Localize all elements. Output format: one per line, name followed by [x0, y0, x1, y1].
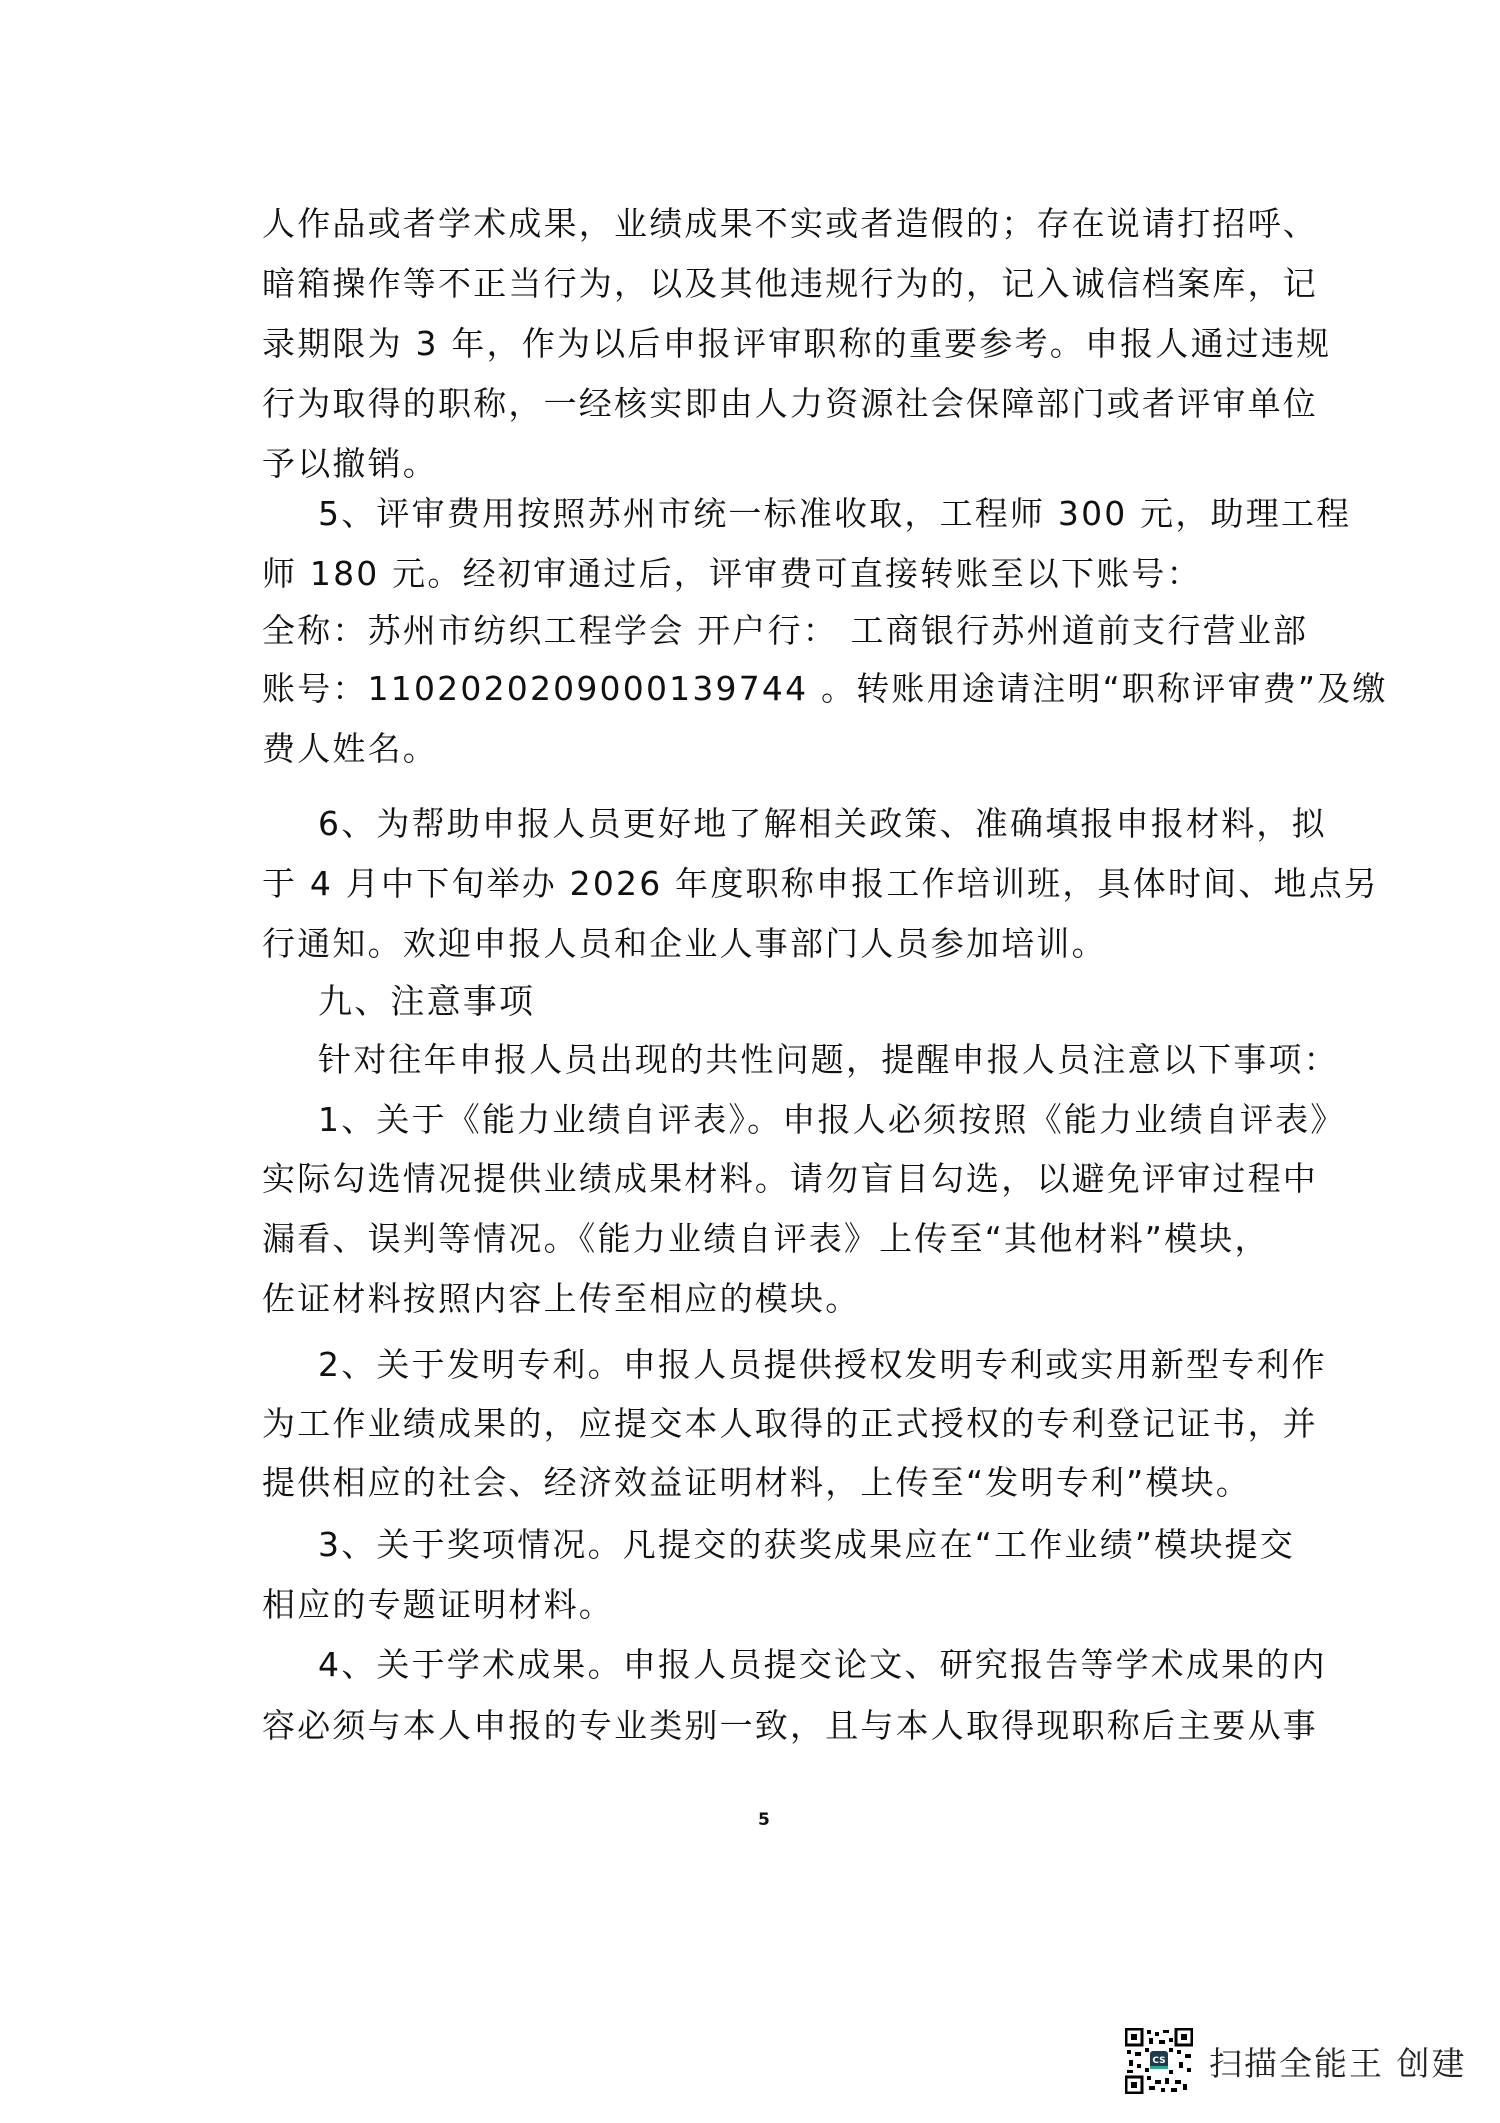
- paragraph-6-start: 6、为帮助申报人员更好地了解相关政策、准确填报申报材料，拟: [318, 804, 1318, 844]
- section-heading: 九、注意事项: [318, 982, 1318, 1022]
- account-number-line: 账号：1102020209000139744 。转账用途请注明“职称评审费”及缴: [262, 669, 1262, 709]
- text-line: 师 180 元。经初审通过后，评审费可直接转账至以下账号：: [262, 554, 1262, 594]
- text-line: 佐证材料按照内容上传至相应的模块。: [262, 1279, 1262, 1319]
- item-1-start: 1、关于《能力业绩自评表》。申报人必须按照《能力业绩自评表》: [318, 1100, 1318, 1140]
- scanner-watermark: CS 扫描全能王 创建: [1125, 2028, 1467, 2094]
- text-line: 费人姓名。: [262, 729, 1262, 769]
- text-line: 提供相应的社会、经济效益证明材料，上传至“发明专利”模块。: [262, 1463, 1262, 1503]
- page-number: 5: [758, 1810, 770, 1830]
- text-line: 容必须与本人申报的专业类别一致，且与本人取得现职称后主要从事: [262, 1706, 1262, 1746]
- text-line: 人作品或者学术成果，业绩成果不实或者造假的；存在说请打招呼、: [262, 204, 1262, 244]
- text-line: 相应的专题证明材料。: [262, 1585, 1262, 1625]
- text-line: 行通知。欢迎申报人员和企业人事部门人员参加培训。: [262, 924, 1262, 964]
- paragraph-5-start: 5、评审费用按照苏州市统一标准收取，工程师 300 元，助理工程: [318, 494, 1318, 534]
- text-line: 予以撤销。: [262, 444, 1262, 484]
- account-name-line: 全称：苏州市纺织工程学会 开户行： 工商银行苏州道前支行营业部: [262, 611, 1262, 651]
- item-3-start: 3、关于奖项情况。凡提交的获奖成果应在“工作业绩”模块提交: [318, 1525, 1318, 1565]
- watermark-text: 扫描全能王 创建: [1209, 2038, 1467, 2085]
- document-page: 人作品或者学术成果，业绩成果不实或者造假的；存在说请打招呼、 暗箱操作等不正当行…: [0, 0, 1500, 2123]
- text-line: 漏看、误判等情况。《能力业绩自评表》上传至“其他材料”模块，: [262, 1219, 1262, 1259]
- item-4-start: 4、关于学术成果。申报人员提交论文、研究报告等学术成果的内: [318, 1645, 1318, 1685]
- text-line: 实际勾选情况提供业绩成果材料。请勿盲目勾选，以避免评审过程中: [262, 1159, 1262, 1199]
- text-line: 为工作业绩成果的，应提交本人取得的正式授权的专利登记证书，并: [262, 1404, 1262, 1444]
- item-2-start: 2、关于发明专利。申报人员提供授权发明专利或实用新型专利作: [318, 1345, 1318, 1385]
- text-line: 行为取得的职称，一经核实即由人力资源社会保障部门或者评审单位: [262, 384, 1262, 424]
- text-line: 录期限为 3 年，作为以后申报评审职称的重要参考。申报人通过违规: [262, 324, 1262, 364]
- text-line: 暗箱操作等不正当行为，以及其他违规行为的，记入诚信档案库，记: [262, 264, 1262, 304]
- qr-code-icon: CS: [1125, 2028, 1193, 2094]
- text-line: 于 4 月中下旬举办 2026 年度职称申报工作培训班，具体时间、地点另: [262, 864, 1262, 904]
- intro-line: 针对往年申报人员出现的共性问题，提醒申报人员注意以下事项：: [318, 1040, 1318, 1080]
- qr-badge-label: CS: [1152, 2056, 1165, 2066]
